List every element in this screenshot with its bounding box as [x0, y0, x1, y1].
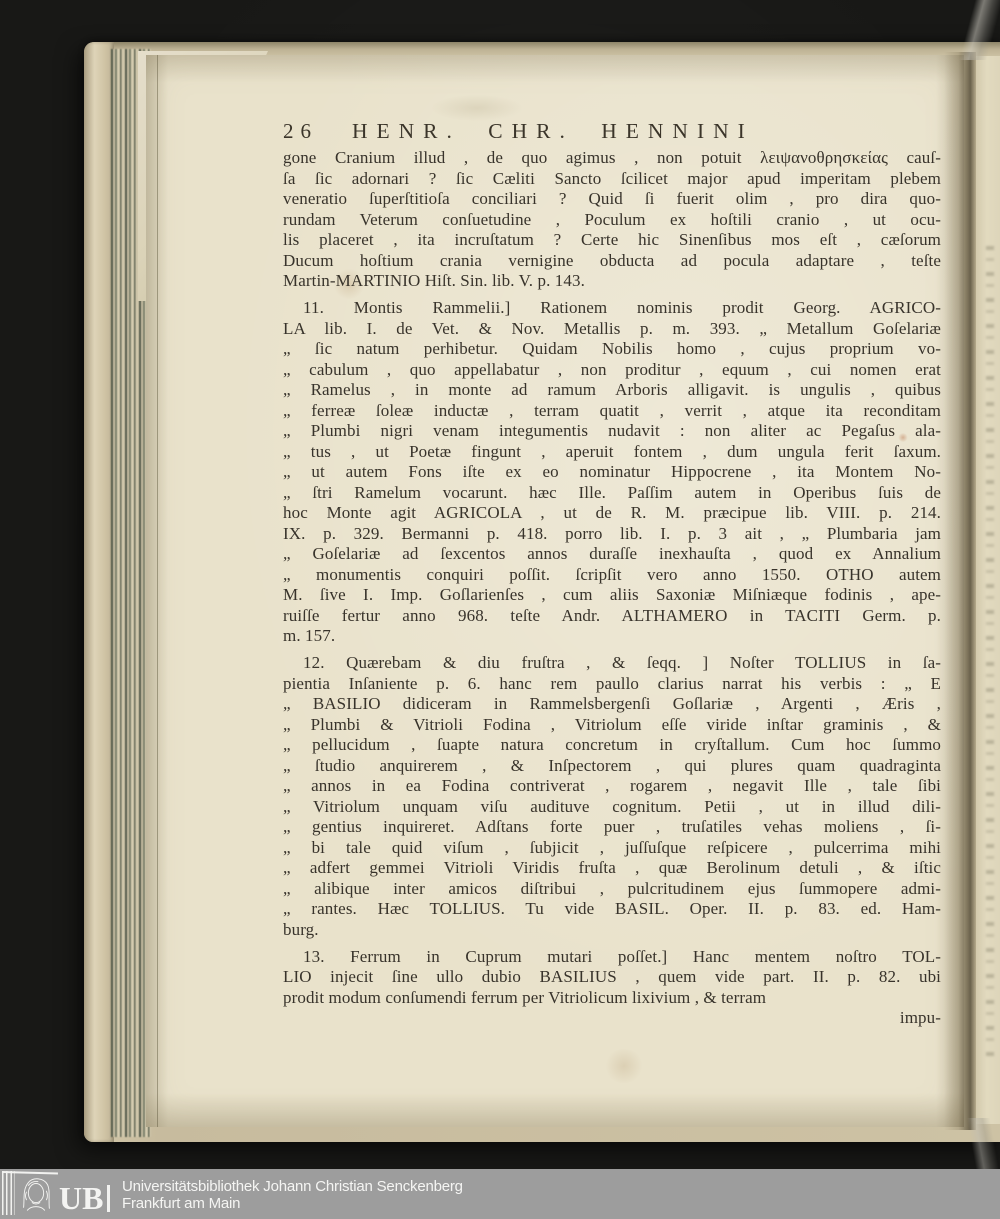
page-number: 26 — [283, 119, 318, 143]
text-line: „ tus , ut Poetæ fingunt , aperuit fonte… — [283, 442, 941, 463]
book: 26HENR. CHR. HENNINI gone Cranium illud … — [84, 42, 1000, 1142]
facing-page-sliver — [976, 56, 1000, 1124]
text-line: „ annos in ea Fodina contriverat , rogar… — [283, 776, 941, 797]
logo-book-pages-icon — [2, 1171, 15, 1215]
text-line: 13. Ferrum in Cuprum mutari poſſet.] Han… — [283, 947, 941, 968]
text-line: 12. Quærebam & diu fruſtra , & ſeqq. ] N… — [283, 653, 941, 674]
text-line: Ducum hoſtium crania vernigine obducta a… — [283, 251, 941, 272]
text-line: LA lib. I. de Vet. & Nov. Metallis p. m.… — [283, 319, 941, 340]
text-line: „ Goſelariæ ad ſexcentos annos duraſſe i… — [283, 544, 941, 565]
text-line: „ ut autem Fons iſte ex eo nominatur Hip… — [283, 462, 941, 483]
text-line: hoc Monte agit AGRICOLA , ut de R. M. pr… — [283, 503, 941, 524]
text-line: Martin-MARTINIO Hiſt. Sin. lib. V. p. 14… — [283, 271, 941, 292]
text-line: „ Plumbi & Vitrioli Fodina , Vitriolum e… — [283, 715, 941, 736]
text-line: „ ferreæ ſoleæ inductæ , terram quatit ,… — [283, 401, 941, 422]
paragraph: gone Cranium illud , de quo agimus , non… — [283, 148, 941, 292]
text-line: IX. p. 329. Bermanni p. 418. porro lib. … — [283, 524, 941, 545]
text-line: prodit modum conſumendi ferrum per Vitri… — [283, 988, 941, 1009]
text-line: ruiſſe fertur anno 968. teſte Andr. ALTH… — [283, 606, 941, 627]
library-name: Universitätsbibliothek Johann Christian … — [122, 1178, 463, 1195]
senckenberg-portrait-icon — [15, 1173, 57, 1215]
paragraph: 11. Montis Rammelii.] Rationem nominis p… — [283, 298, 941, 647]
text-line: „ rantes. Hæc TOLLIUS. Tu vide BASIL. Op… — [283, 899, 941, 920]
paper-stain — [604, 1049, 644, 1083]
text-line: „ Vitriolum unquam viſu audituve cognitu… — [283, 797, 941, 818]
glass-edge-reflection-bottom — [954, 1118, 1000, 1170]
text-line: m. 157. — [283, 626, 941, 647]
text-line: „ BASILIO didiceram in Rammelsbergenſi G… — [283, 694, 941, 715]
paragraph: 12. Quærebam & diu fruſtra , & ſeqq. ] N… — [283, 653, 941, 940]
page-header: 26HENR. CHR. HENNINI — [283, 119, 941, 144]
paper-stain — [432, 95, 522, 121]
text-line: „ bi tale quid viſum , ſubjicit , juſſuſ… — [283, 838, 941, 859]
page-gutter-shadow — [944, 52, 976, 1130]
paragraph: 13. Ferrum in Cuprum mutari poſſet.] Han… — [283, 947, 941, 1009]
text-line: pientia Inſaniente p. 6. hanc rem paullo… — [283, 674, 941, 695]
text-line: „ pellucidum , ſuapte natura concretum i… — [283, 735, 941, 756]
text-line: 11. Montis Rammelii.] Rationem nominis p… — [283, 298, 941, 319]
text-line: ſa ſic adornari ? ſic Cæliti Sancto ſcil… — [283, 169, 941, 190]
text-line: M. ſive I. Imp. Goſlarienſes , cum aliis… — [283, 585, 941, 606]
text-line: LIO injecit ſine ullo dubio BASILIUS , q… — [283, 967, 941, 988]
text-line: burg. — [283, 920, 941, 941]
text-line: „ Ramelus , in monte ad ramum Arboris al… — [283, 380, 941, 401]
text-block: gone Cranium illud , de quo agimus , non… — [283, 148, 941, 1029]
book-cover-edge — [84, 42, 114, 1142]
library-identification: Universitätsbibliothek Johann Christian … — [122, 1178, 463, 1212]
running-header: HENR. CHR. HENNINI — [352, 119, 754, 143]
catchword: impu- — [283, 1008, 941, 1029]
glass-edge-reflection-top — [950, 0, 1000, 60]
text-line: „ Plumbi nigri venam integumentis nudavi… — [283, 421, 941, 442]
photo-background: 26HENR. CHR. HENNINI gone Cranium illud … — [0, 0, 1000, 1219]
text-line: „ ſic natum perhibetur. Quidam Nobilis h… — [283, 339, 941, 360]
text-line: „ adfert gemmei Vitrioli Viridis fruſta … — [283, 858, 941, 879]
text-line: „ alibique inter amicos diſtribui , pulc… — [283, 879, 941, 900]
text-line: „ ſtri Ramelum vocarunt. hæc Ille. Paſſi… — [283, 483, 941, 504]
text-line: gone Cranium illud , de quo agimus , non… — [283, 148, 941, 169]
library-city: Frankfurt am Main — [122, 1195, 463, 1212]
text-line: lis placeret , ita incruſtatum ? Certe h… — [283, 230, 941, 251]
text-line: „ gentius inquireret. Adſtans forte puer… — [283, 817, 941, 838]
library-banner: UB Universitätsbibliothek Johann Christi… — [0, 1169, 1000, 1219]
book-page: 26HENR. CHR. HENNINI gone Cranium illud … — [146, 55, 964, 1127]
text-line: „ monumentis conquiri poſſit. ſcripſit v… — [283, 565, 941, 586]
ub-logo-text: UB — [59, 1182, 103, 1215]
text-line: rundam Veterum conſuetudine , Poculum ex… — [283, 210, 941, 231]
text-line: „ ſtudio anquirerem , & Inſpectorem , qu… — [283, 756, 941, 777]
logo-separator — [107, 1185, 110, 1212]
text-line: „ cabulum , quo appellabatur , non prodi… — [283, 360, 941, 381]
text-line: veneratio ſuperſtitioſa conciliari ? Qui… — [283, 189, 941, 210]
